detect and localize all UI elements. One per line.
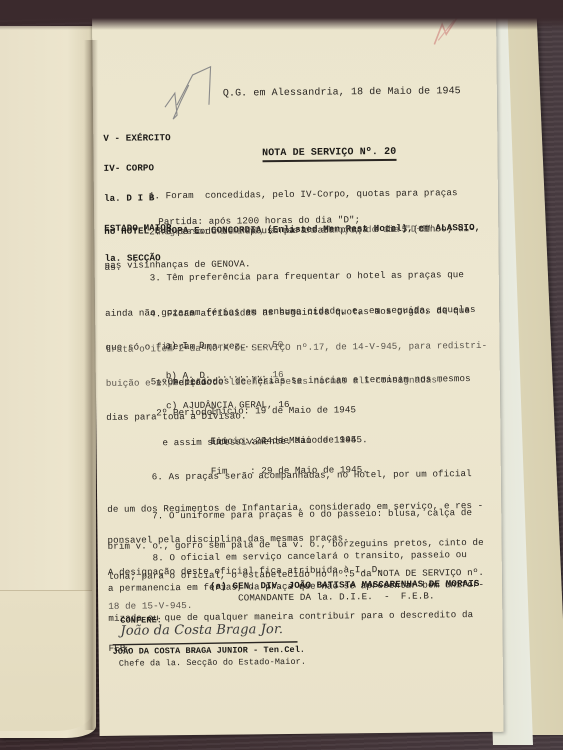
quota-label: a) I. D. ......... [165,339,266,351]
period-1-label: 1º Periodo: [156,377,218,389]
commander-title: COMANDANTE DA la. D.I.E. - F.E.B. [238,590,435,604]
period-2-label: 2º Periodo: [156,407,218,419]
quota-value: 50 [272,339,283,350]
document-title-text: NOTA DE SERVIÇO Nº. 20 [262,146,396,161]
paragraph-line: 7. O uniforme para praças é o do passeio… [107,508,483,522]
red-pencil-mark-icon [428,10,464,50]
letterhead-line: V - EXÉRCITO [103,133,170,144]
confere-title: Chefe da la. Secção do Estado-Maior. [119,657,306,670]
left-page-curl [0,590,92,731]
binding-gutter [84,40,98,730]
paragraph-line: 4. Ficam atribuidas as seguintes quotas … [105,305,487,320]
paragraph-line: mizada ou que de qualquer maneira contri… [108,610,484,624]
paragraph-line: 6. As praças serão acompanhadas, no Hote… [107,469,483,483]
handwritten-signature: João da Costa Braga Jor. [120,624,283,637]
quota-item: a) I. D. ......... 50 [165,340,289,351]
place-date: Q.G. em Alessandria, 18 de Maio de 1945 [223,86,461,100]
document-page: V - EXÉRCITO IV- CORPO la. D I B ESTADO … [92,10,504,736]
paragraph-line: 8. O oficial em serviço cancelará o tran… [108,550,484,564]
period-tail: e assim sucessivamente. [162,436,291,449]
